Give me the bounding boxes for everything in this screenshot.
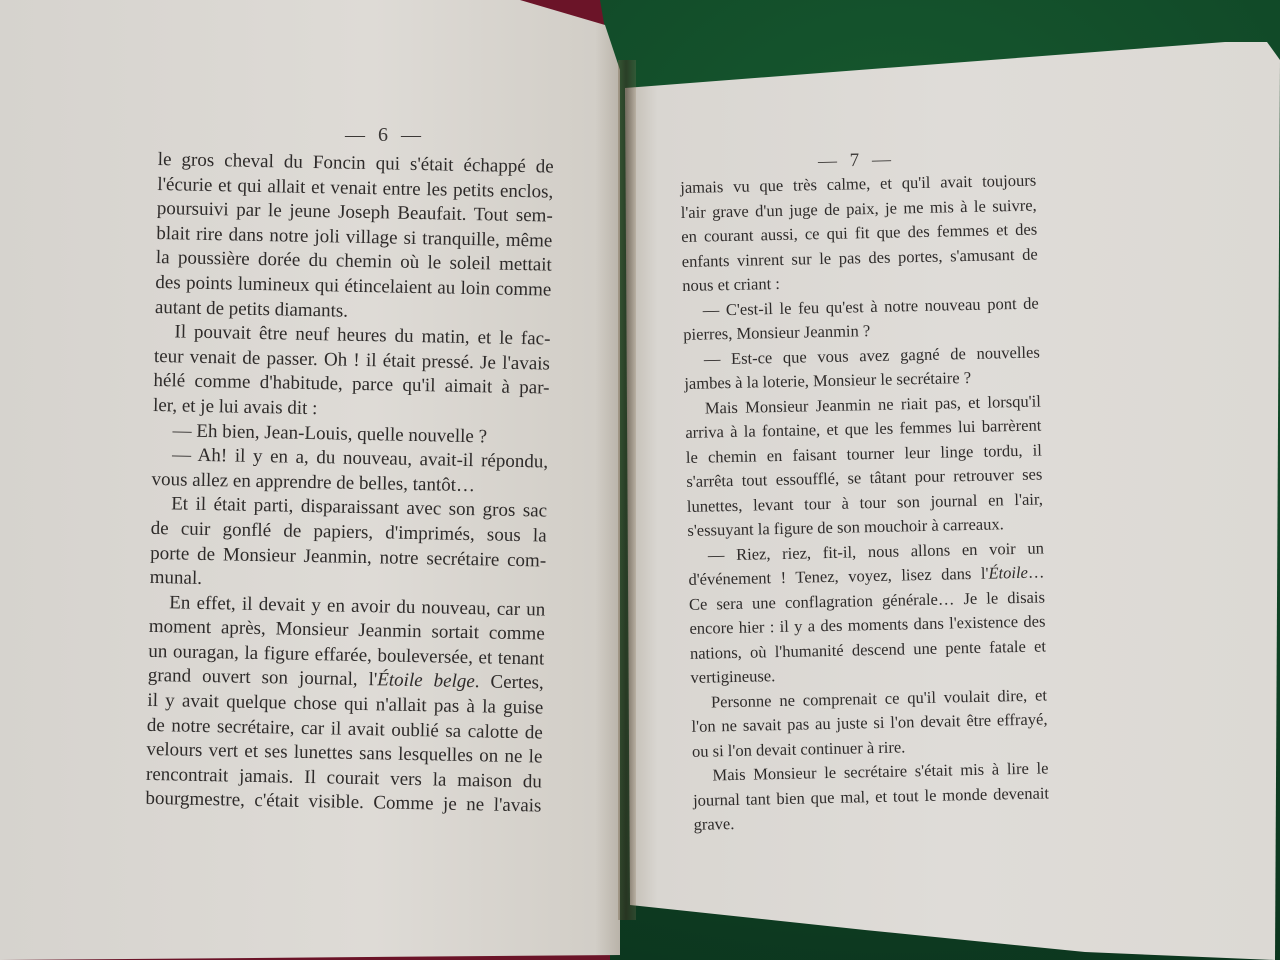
left-page-text: le gros cheval du Foncin qui s'était éch… bbox=[145, 148, 554, 820]
book-gutter bbox=[618, 60, 636, 920]
text-fragment: grand ouvert son journal, l' bbox=[148, 665, 378, 690]
page-number-right: — 7 — bbox=[818, 149, 896, 173]
newspaper-title: Étoile bbox=[988, 563, 1028, 583]
text-fragment: d'événement ! Tenez, voyez, lisez dans l… bbox=[688, 564, 988, 589]
page-number-left: — 6 — bbox=[345, 124, 425, 147]
text-fragment: … bbox=[1028, 562, 1045, 581]
right-page-text: jamais vu que très calme, et qu'il avait… bbox=[680, 169, 1050, 838]
text-fragment: . Certes, bbox=[475, 672, 544, 694]
newspaper-title: Étoile belge bbox=[377, 670, 475, 693]
